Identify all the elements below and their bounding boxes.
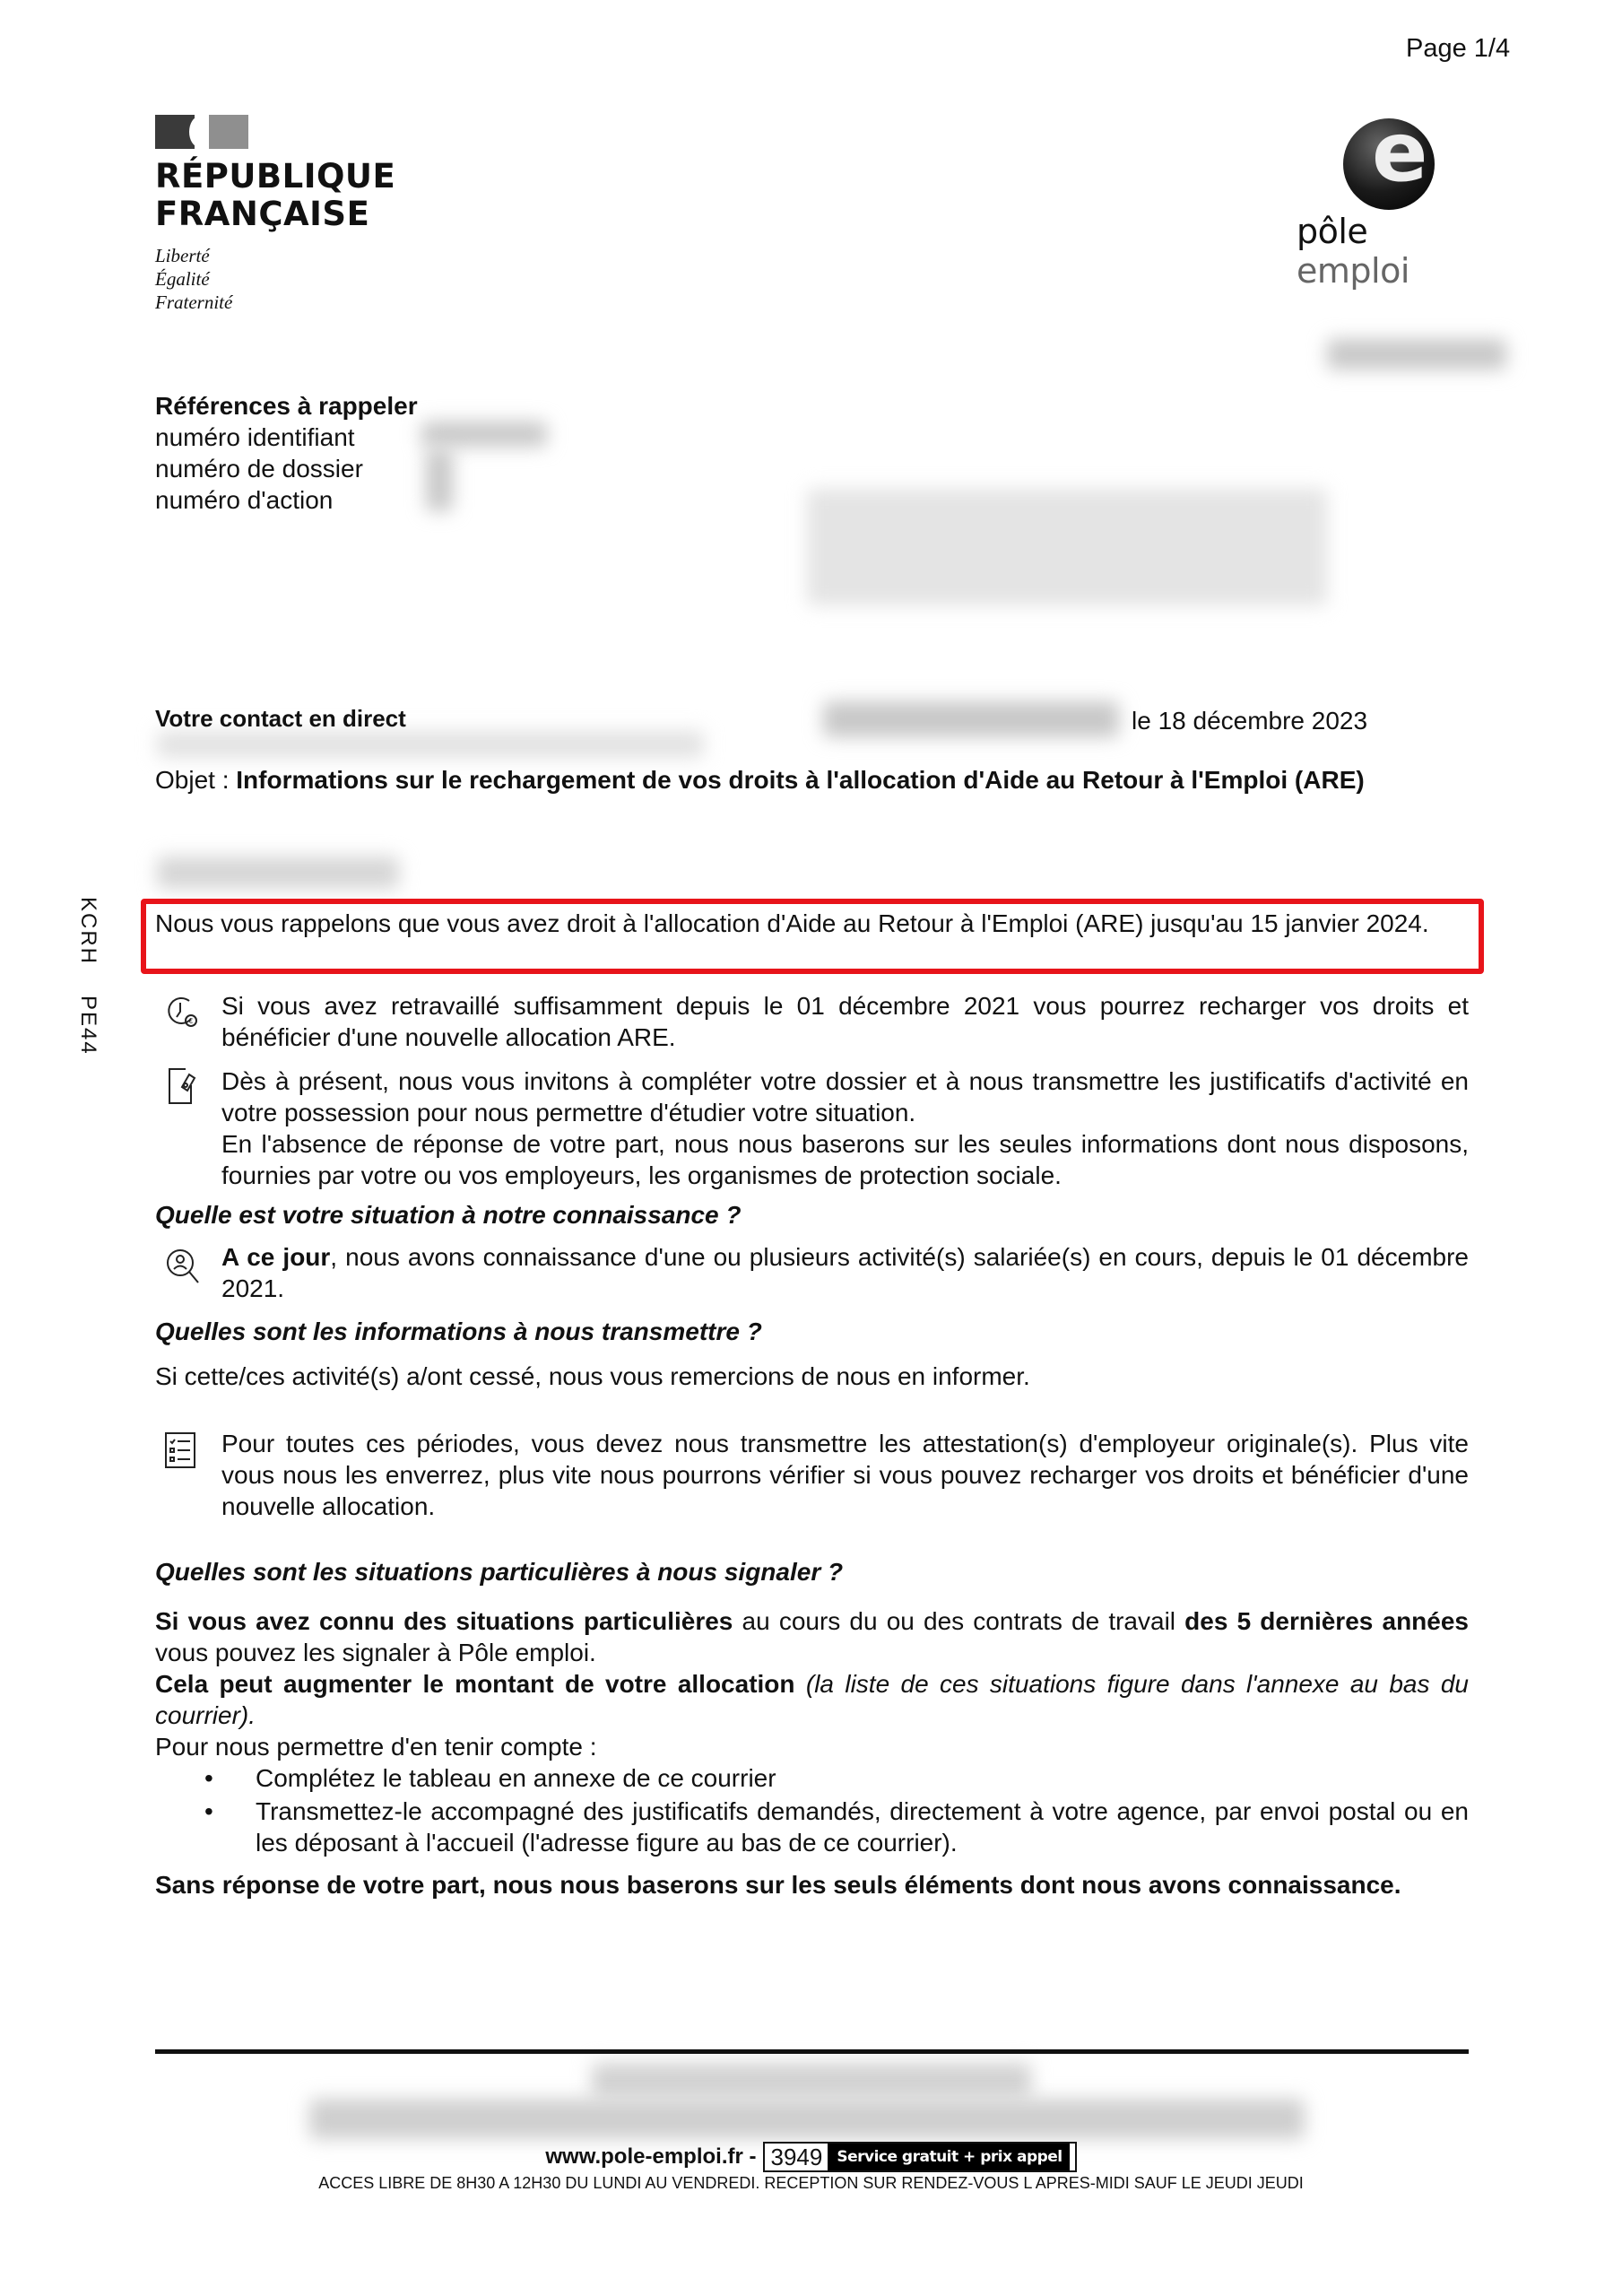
ref-label-identifiant: numéro identifiant [155, 422, 418, 453]
contact-label: Votre contact en direct [155, 705, 406, 733]
particulieres-p2-bold: Cela peut augmenter le montant de votre … [155, 1670, 795, 1698]
rights-reminder-text: Nous vous rappelons que vous avez droit … [155, 908, 1469, 939]
footer-opening-hours: ACCES LIBRE DE 8H30 A 12H30 DU LUNDI AU … [0, 2174, 1622, 2193]
redacted-contact-details [157, 731, 704, 758]
redacted-agency-address [309, 2099, 1305, 2139]
footer-website-link[interactable]: www.pole-emploi.fr - [545, 2144, 756, 2170]
list-item: • Complétez le tableau en annexe de ce c… [155, 1762, 1469, 1794]
particulieres-p1-bold1: Si vous avez connu des situations partic… [155, 1607, 733, 1635]
bullet-text-2: Transmettez-le accompagné des justificat… [256, 1796, 1469, 1858]
redacted-contact-name [823, 701, 1119, 737]
redacted-salutation [157, 857, 399, 889]
letter-date: le 18 décembre 2023 [1132, 707, 1367, 735]
situation-paragraph: A ce jour, nous avons connaissance d'une… [221, 1241, 1469, 1304]
pole-emploi-name-1: pôle [1297, 212, 1367, 251]
dossier-text-2: En l'absence de réponse de votre part, n… [221, 1128, 1469, 1191]
motto-egalite: Égalité [155, 267, 395, 291]
recharge-paragraph: Si vous avez retravaillé suffisamment de… [221, 990, 1469, 1053]
transmettre-intro: Si cette/ces activité(s) a/ont cessé, no… [155, 1361, 1469, 1392]
rf-title-line1: RÉPUBLIQUE [155, 158, 395, 196]
particulieres-heading: Quelles sont les situations particulière… [155, 1556, 843, 1587]
footer-divider [155, 2049, 1469, 2054]
phone-number: 3949 [765, 2144, 828, 2170]
situation-heading: Quelle est votre situation à notre conna… [155, 1199, 742, 1231]
situation-bold: A ce jour [221, 1243, 330, 1271]
pole-emploi-name-2: emploi [1297, 251, 1409, 291]
list-item: • Transmettez-le accompagné des justific… [155, 1796, 1469, 1858]
footer-contact-line: www.pole-emploi.fr - 3949 Service gratui… [0, 2142, 1622, 2172]
ref-label-action: numéro d'action [155, 484, 418, 516]
redacted-recipient-address [807, 489, 1327, 605]
side-code-kcrh: KCRH [75, 897, 100, 965]
page-number: Page 1/4 [1406, 34, 1510, 64]
marianne-flag-icon [155, 115, 248, 149]
particulieres-p1-text1: au cours du ou des contrats de travail [733, 1607, 1184, 1635]
references-block: Références à rappeler numéro identifiant… [155, 390, 418, 516]
document-pen-icon [164, 1065, 200, 1101]
clock-euro-icon: € [164, 994, 200, 1030]
redacted-reference-values [421, 422, 547, 447]
particulieres-block: Si vous avez connu des situations partic… [155, 1605, 1469, 1762]
ref-label-dossier: numéro de dossier [155, 453, 418, 484]
transmettre-paragraph: Pour toutes ces périodes, vous devez nou… [221, 1428, 1469, 1522]
motto-fraternite: Fraternité [155, 291, 395, 314]
redacted-agency-name [592, 2063, 1031, 2099]
bullet-icon: • [155, 1762, 256, 1794]
dossier-text-1: Dès à présent, nous vous invitons à comp… [221, 1065, 1469, 1128]
pole-emploi-e-letter: e [1372, 108, 1427, 197]
bullet-text-1: Complétez le tableau en annexe de ce cou… [256, 1762, 1469, 1794]
redacted-reference-top-right [1327, 339, 1506, 370]
dossier-paragraph: Dès à présent, nous vous invitons à comp… [221, 1065, 1469, 1191]
search-person-icon [164, 1247, 200, 1283]
republique-francaise-logo: RÉPUBLIQUE FRANÇAISE Liberté Égalité Fra… [155, 115, 395, 314]
particulieres-bullet-list: • Complétez le tableau en annexe de ce c… [155, 1762, 1469, 1858]
badge-end-cap [1070, 2144, 1075, 2170]
subject-text: Informations sur le rechargement de vos … [236, 766, 1364, 794]
checklist-icon [164, 1431, 200, 1467]
situation-text: , nous avons connaissance d'une ou plusi… [221, 1243, 1469, 1302]
side-code-pe44: PE44 [75, 996, 100, 1056]
pole-emploi-logo: e pôle emploi [1293, 115, 1490, 258]
phone-badge: 3949 Service gratuit + prix appel [763, 2142, 1076, 2172]
rf-title-line2: FRANÇAISE [155, 196, 395, 233]
closing-paragraph: Sans réponse de votre part, nous nous ba… [155, 1869, 1469, 1900]
bullet-icon: • [155, 1796, 256, 1858]
svg-text:€: € [189, 1017, 194, 1025]
particulieres-p2: Cela peut augmenter le montant de votre … [155, 1668, 1469, 1731]
particulieres-p1-bold2: des 5 dernières années [1184, 1607, 1469, 1635]
phone-service-note: Service gratuit + prix appel [828, 2144, 1069, 2170]
subject-line: Objet : Informations sur le rechargement… [155, 764, 1469, 796]
particulieres-p3: Pour nous permettre d'en tenir compte : [155, 1731, 1469, 1762]
particulieres-p1: Si vous avez connu des situations partic… [155, 1605, 1469, 1668]
motto-liberte: Liberté [155, 244, 395, 267]
particulieres-p1-text2: vous pouvez les signaler à Pôle emploi. [155, 1639, 596, 1666]
references-heading: Références à rappeler [155, 390, 418, 422]
redacted-reference-values-2 [426, 448, 453, 511]
subject-prefix: Objet : [155, 766, 229, 794]
transmettre-heading: Quelles sont les informations à nous tra… [155, 1316, 762, 1347]
